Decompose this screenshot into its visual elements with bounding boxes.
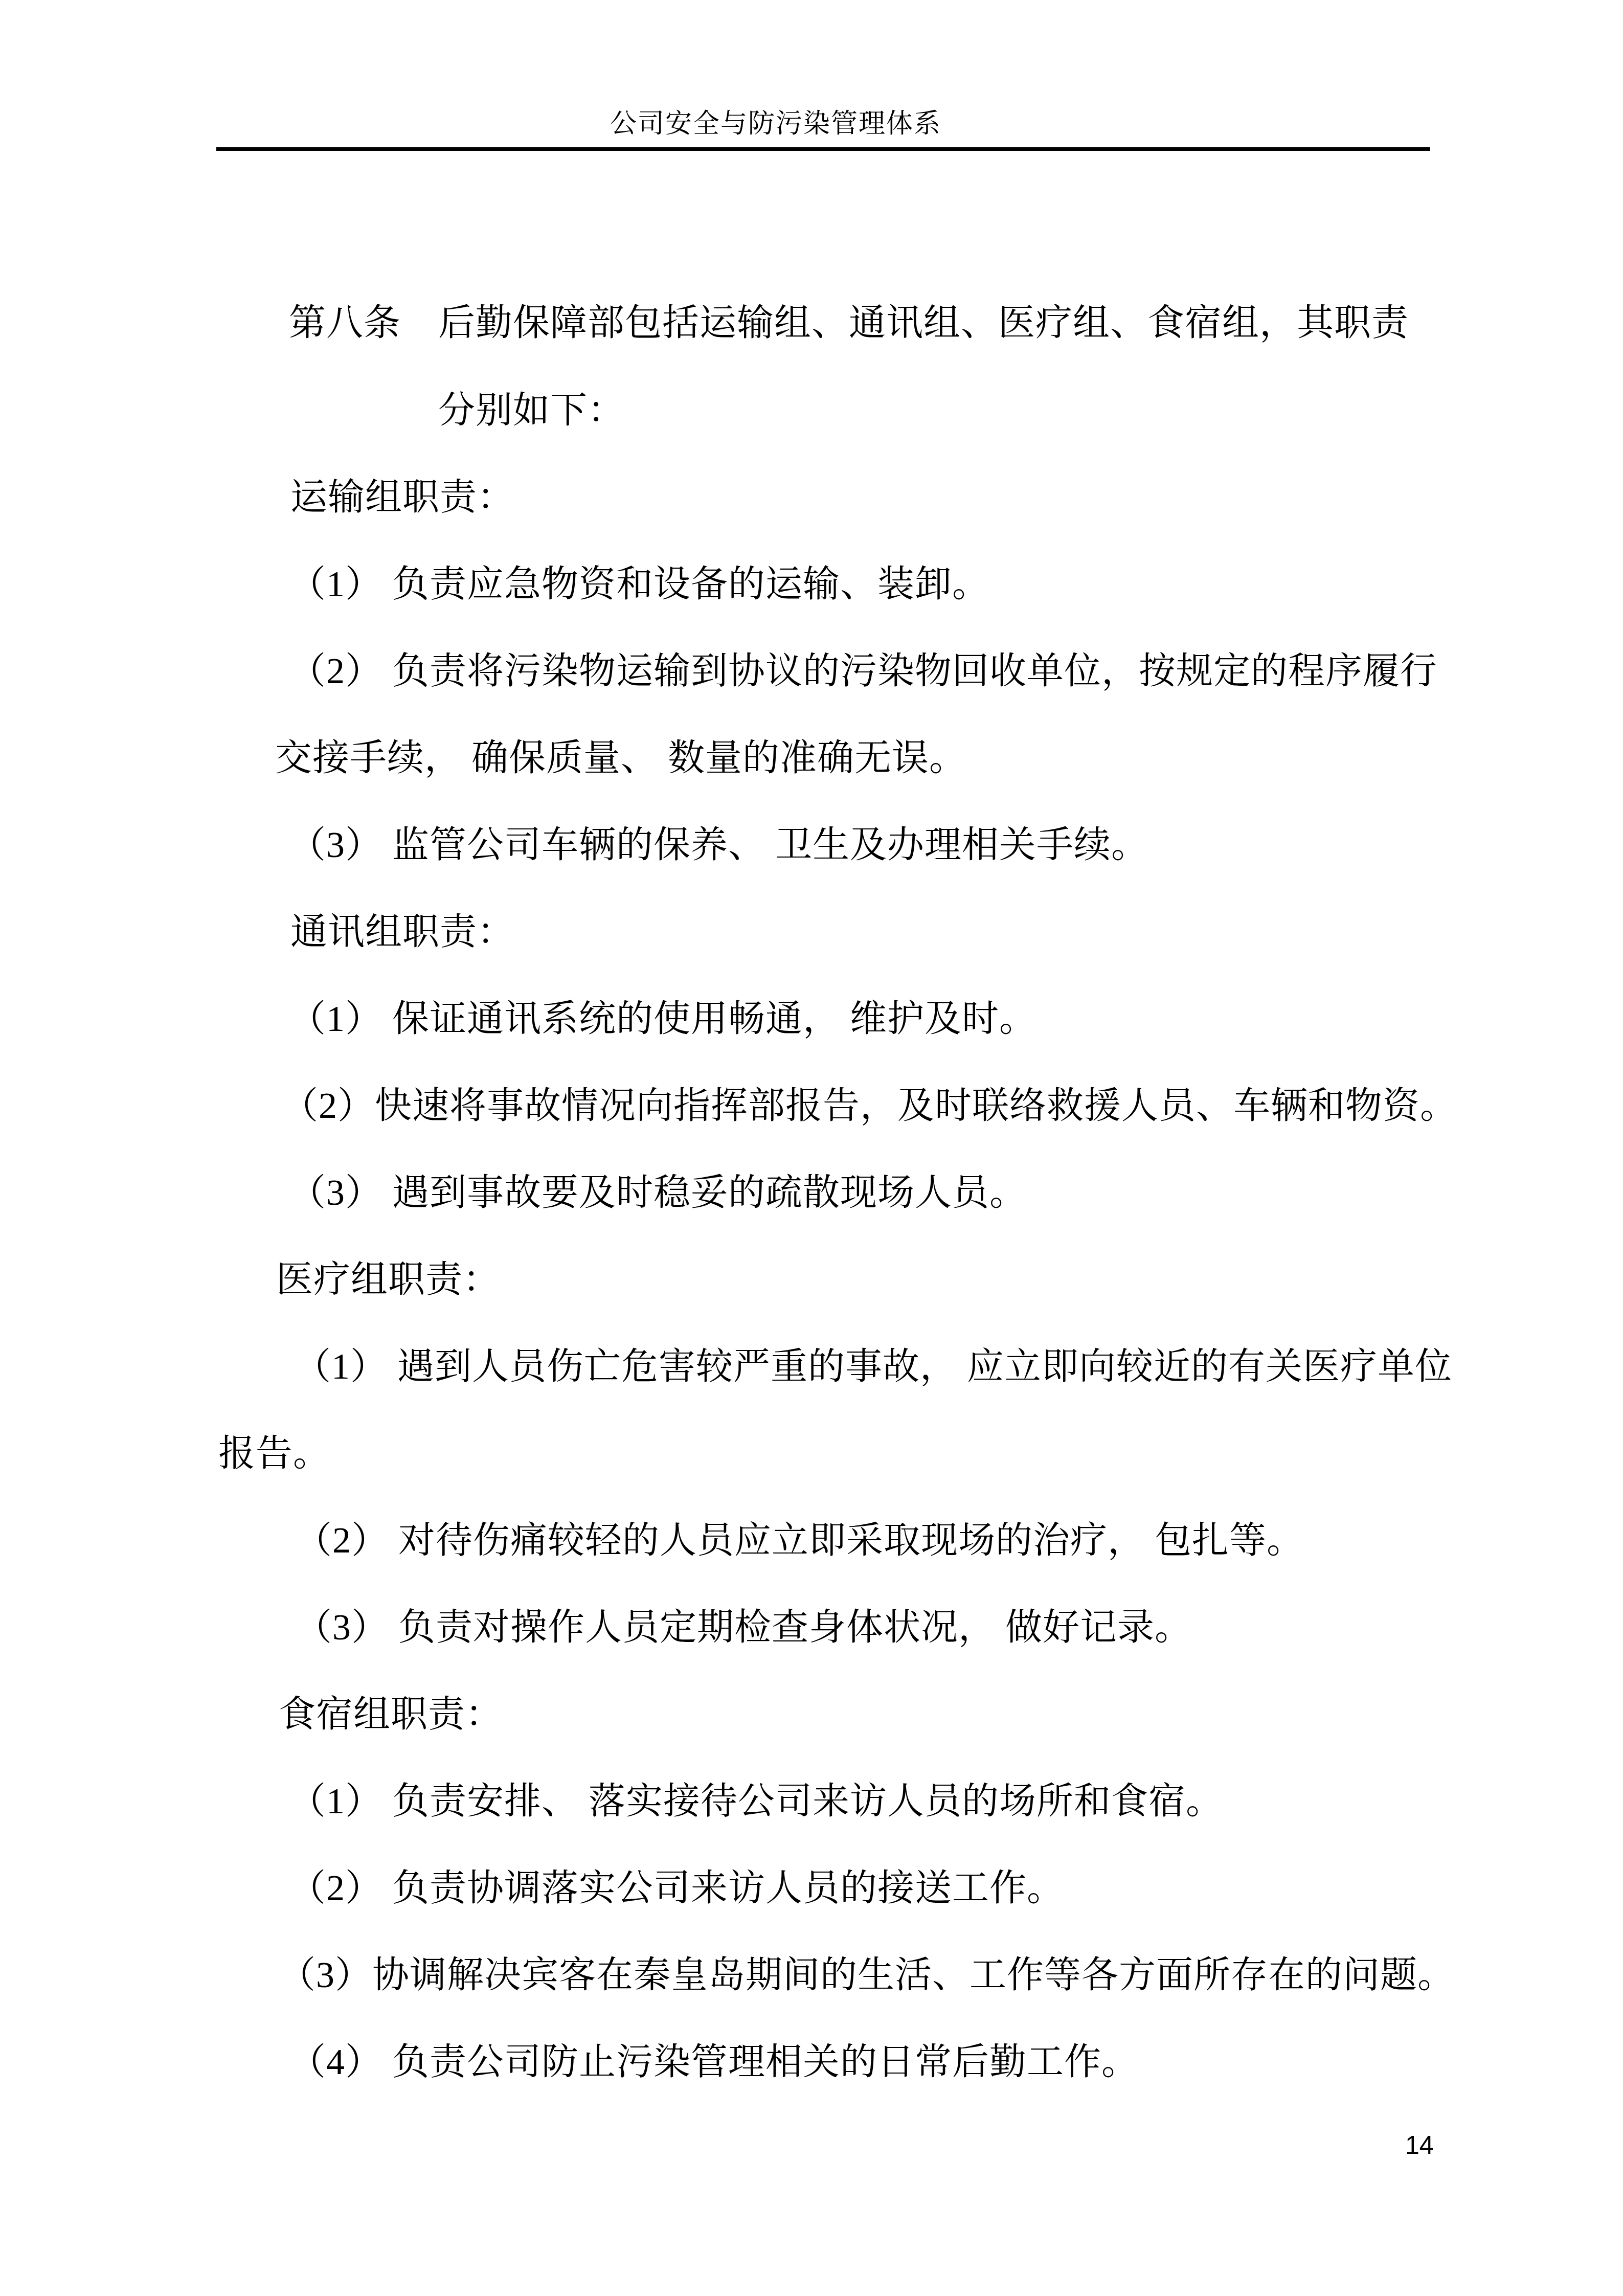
header-rule xyxy=(216,147,1430,151)
line-medical-item-3: （3） 负责对操作人员定期检查身体状况， 做好记录。 xyxy=(295,1607,1192,1647)
line-medical-group-heading: 医疗组职责： xyxy=(276,1259,500,1299)
line-board-lodging-item-3: （3）协调解决宾客在秦皇岛期间的生活、工作等各方面所存在的问题。 xyxy=(279,1955,1455,1995)
line-board-lodging-group-heading: 食宿组职责： xyxy=(279,1694,503,1734)
line-communication-item-2: （2）快速将事故情况向指挥部报告，及时联络救援人员、车辆和物资。 xyxy=(281,1086,1457,1126)
line-medical-item-2: （2） 对待伤痛较轻的人员应立即采取现场的治疗， 包扎等。 xyxy=(295,1520,1304,1560)
line-transport-group-heading: 运输组职责： xyxy=(290,477,514,517)
line-medical-item-1: （1） 遇到人员伤亡危害较严重的事故， 应立即向较近的有关医疗单位 xyxy=(294,1346,1452,1386)
line-article-8-heading: 第八条 后勤保障部包括运输组、通讯组、医疗组、食宿组，其职责 xyxy=(289,303,1409,343)
line-communication-item-3: （3） 遇到事故要及时稳妥的疏散现场人员。 xyxy=(289,1173,1027,1212)
line-communication-item-1: （1） 保证通讯系统的使用畅通， 维护及时。 xyxy=(289,999,1036,1039)
line-transport-item-2: （2） 负责将污染物运输到协议的污染物回收单位，按规定的程序履行 xyxy=(289,651,1437,691)
line-board-lodging-item-1: （1） 负责安排、 落实接待公司来访人员的场所和食宿。 xyxy=(289,1781,1223,1821)
page-header-title: 公司安全与防污染管理体系 xyxy=(610,109,941,140)
page-number: 14 xyxy=(1405,2131,1434,2159)
document-page: 公司安全与防污染管理体系 第八条 后勤保障部包括运输组、通讯组、医疗组、食宿组，… xyxy=(0,0,1623,2296)
line-medical-item-1-continuation: 报告。 xyxy=(218,1433,330,1473)
line-board-lodging-item-4: （4） 负责公司防止污染管理相关的日常后勤工作。 xyxy=(289,2042,1139,2082)
line-board-lodging-item-2: （2） 负责协调落实公司来访人员的接送工作。 xyxy=(289,1868,1064,1908)
line-transport-item-1: （1） 负责应急物资和设备的运输、装卸。 xyxy=(289,564,989,604)
line-transport-item-2-continuation: 交接手续， 确保质量、 数量的准确无误。 xyxy=(275,738,966,778)
line-article-8-continuation: 分别如下： xyxy=(438,390,625,430)
line-communication-group-heading: 通讯组职责： xyxy=(290,912,514,952)
line-transport-item-3: （3） 监管公司车辆的保养、 卫生及办理相关手续。 xyxy=(289,825,1148,865)
